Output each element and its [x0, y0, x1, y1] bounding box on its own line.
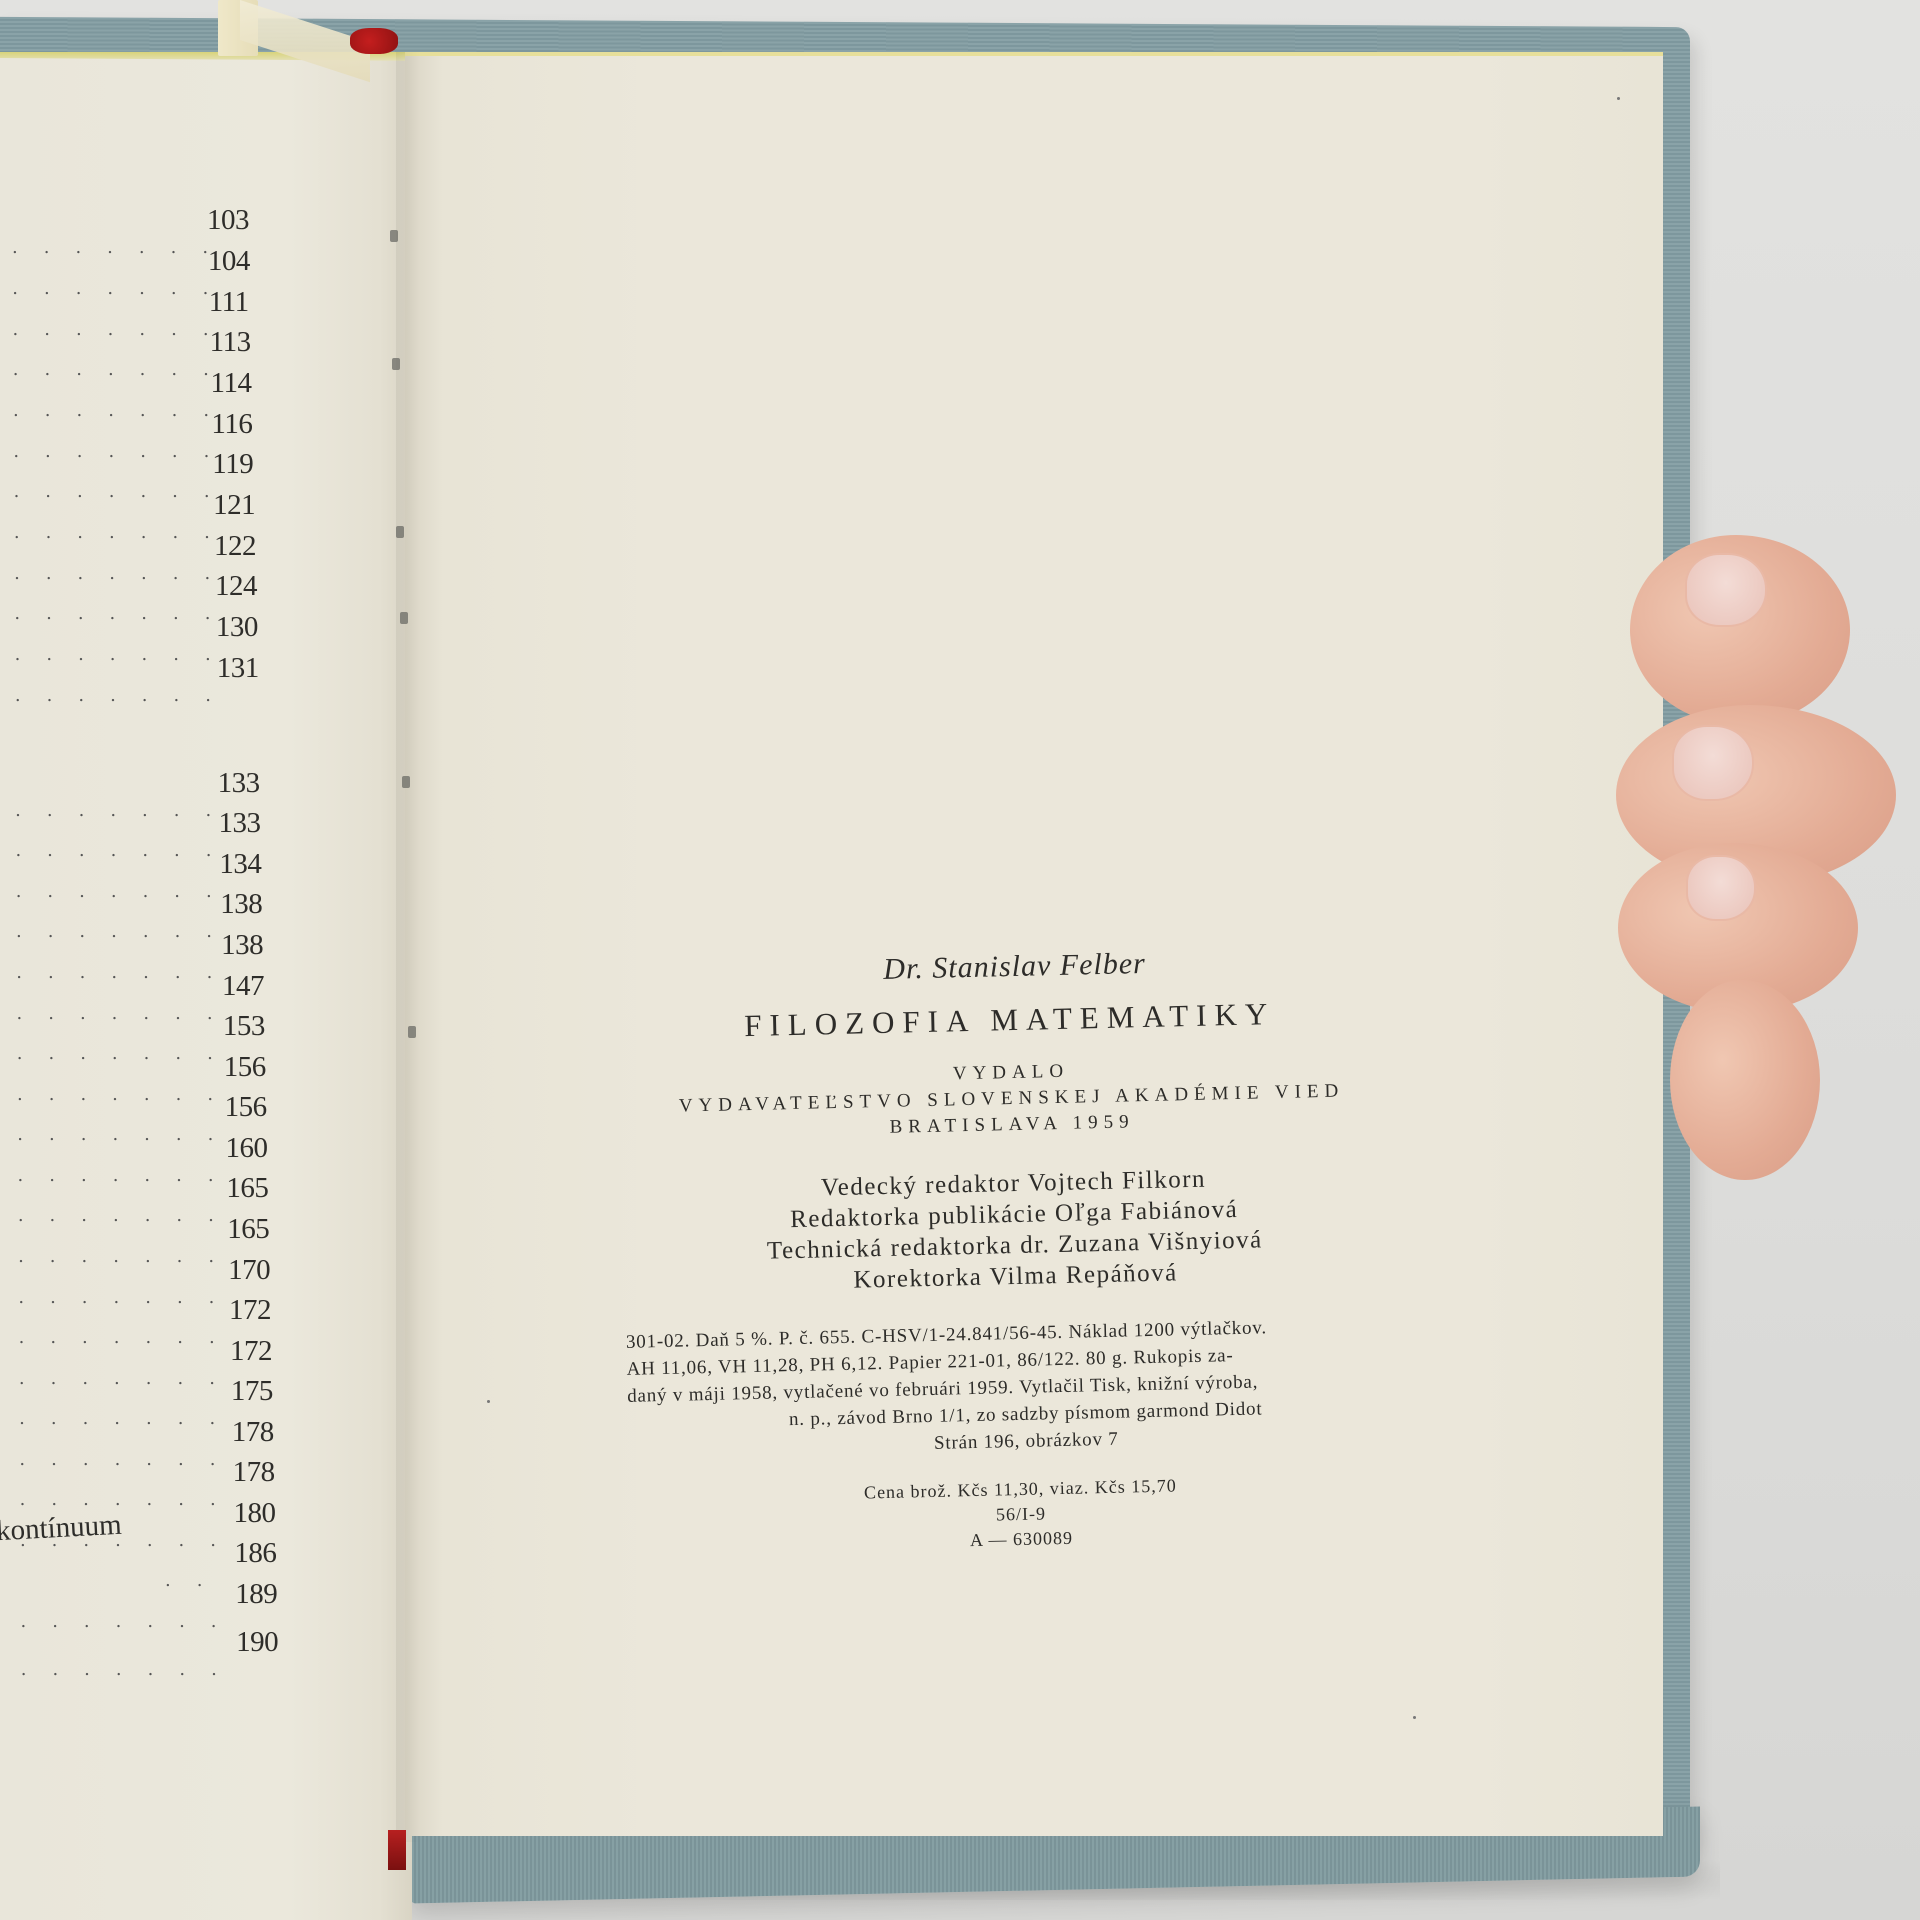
toc-row: .......134: [0, 848, 400, 886]
toc-page-number: 114: [211, 367, 252, 400]
toc-row: .......103: [0, 204, 400, 242]
binding-stitch: [402, 776, 410, 788]
toc-row: .......156: [0, 1091, 400, 1129]
toc-row: .......172: [0, 1335, 400, 1373]
toc-row: .......133: [0, 807, 400, 845]
toc-row: .......133: [0, 767, 400, 805]
colophon: Dr. Stanislav Felber FILOZOFIA MATEMATIK…: [603, 941, 1426, 1561]
toc-page-number: 165: [226, 1172, 268, 1205]
toc-page-number: 133: [218, 807, 260, 840]
toc-row: .......121: [0, 489, 400, 527]
toc-row: .......116: [0, 408, 400, 446]
toc-page-number: 175: [231, 1375, 273, 1408]
toc-page-number: 180: [233, 1497, 275, 1530]
toc-page-number: 178: [233, 1456, 275, 1489]
toc-page-number: 116: [211, 408, 252, 441]
toc-page-number: 165: [227, 1213, 269, 1246]
toc-row: .......124: [0, 570, 400, 608]
toc-entry-text: kontínuum: [0, 1509, 122, 1549]
toc-row: .......113: [0, 326, 400, 364]
binding-stitch: [400, 612, 408, 624]
toc-page-number: 189: [235, 1578, 277, 1611]
toc-page-number: 121: [213, 489, 255, 522]
toc-page-number: 133: [218, 767, 260, 800]
leader-dots: .......: [21, 1668, 243, 1672]
finger: [1670, 980, 1820, 1180]
book-title: FILOZOFIA MATEMATIKY: [604, 993, 1415, 1047]
toc-page-number: 156: [224, 1051, 266, 1084]
toc-page-number: 124: [215, 570, 257, 603]
toc-page-number: 160: [226, 1132, 268, 1165]
toc-row: .......122: [0, 530, 400, 568]
fingernail: [1685, 553, 1767, 627]
toc-row: .......104: [0, 245, 400, 283]
toc-page-number: 172: [229, 1294, 271, 1327]
toc-row: .......114: [0, 367, 400, 405]
toc-page-number: 134: [219, 848, 261, 881]
toc-row: .......160: [0, 1132, 400, 1170]
toc-row: .......138: [0, 929, 400, 967]
table-of-contents: .......103.......104.......111.......113…: [0, 0, 400, 1920]
toc-page-number: 170: [228, 1254, 270, 1287]
toc-row: .......153: [0, 1010, 400, 1048]
binding-stitch: [408, 1026, 416, 1038]
toc-row: .......190: [0, 1626, 400, 1664]
publisher-block: VYDALO VYDAVATEĽSTVO SLOVENSKEJ AKADÉMIE…: [606, 1051, 1418, 1147]
paper-speck: [1413, 1716, 1416, 1719]
leader-dots: .......: [20, 1620, 242, 1624]
toc-row: .......172: [0, 1294, 400, 1332]
leader-dots: .......: [15, 694, 237, 698]
toc-row: .......178: [0, 1416, 400, 1454]
toc-row: .......165: [0, 1172, 400, 1210]
toc-page-number: 147: [222, 970, 264, 1003]
toc-page-number: 130: [216, 611, 258, 644]
toc-page-number: 153: [223, 1010, 265, 1043]
toc-page-number: 104: [208, 245, 250, 278]
toc-page-number: 138: [220, 888, 262, 921]
editors-block: Vedecký redaktor Vojtech Filkorn Redakto…: [608, 1159, 1421, 1301]
fingernail: [1686, 855, 1756, 921]
toc-row: .......111: [0, 286, 400, 324]
fingernail: [1672, 725, 1754, 801]
toc-page-number: 138: [221, 929, 263, 962]
toc-row: .......170: [0, 1254, 400, 1292]
toc-page-number: 113: [210, 326, 251, 359]
toc-row: .......147: [0, 970, 400, 1008]
toc-page-number: 190: [236, 1626, 278, 1659]
toc-page-number: 131: [217, 652, 259, 685]
toc-page-number: 111: [209, 286, 249, 319]
toc-page-number: 122: [214, 530, 256, 563]
imprint-block: 301-02. Daň 5 %. P. č. 655. C-HSV/1-24.8…: [612, 1311, 1425, 1464]
toc-row: .......178: [0, 1456, 400, 1494]
toc-page-number: 186: [234, 1537, 276, 1570]
toc-page-number: 172: [230, 1335, 272, 1368]
toc-page-number: 103: [207, 204, 249, 237]
toc-page-number: 119: [212, 448, 253, 481]
toc-row: .......119: [0, 448, 400, 486]
toc-row: .......130: [0, 611, 400, 649]
paper-speck: [487, 1400, 490, 1403]
right-page: [405, 52, 1663, 1836]
toc-row: .......138: [0, 888, 400, 926]
toc-row: .......165: [0, 1213, 400, 1251]
toc-page-number: 178: [232, 1416, 274, 1449]
hand: [1610, 525, 1910, 1215]
toc-page-number: 156: [225, 1091, 267, 1124]
toc-row: .......156: [0, 1051, 400, 1089]
toc-row: .......175: [0, 1375, 400, 1413]
toc-row: .......189: [0, 1578, 400, 1616]
toc-row: .......131: [0, 652, 400, 690]
paper-speck: [1617, 97, 1620, 100]
